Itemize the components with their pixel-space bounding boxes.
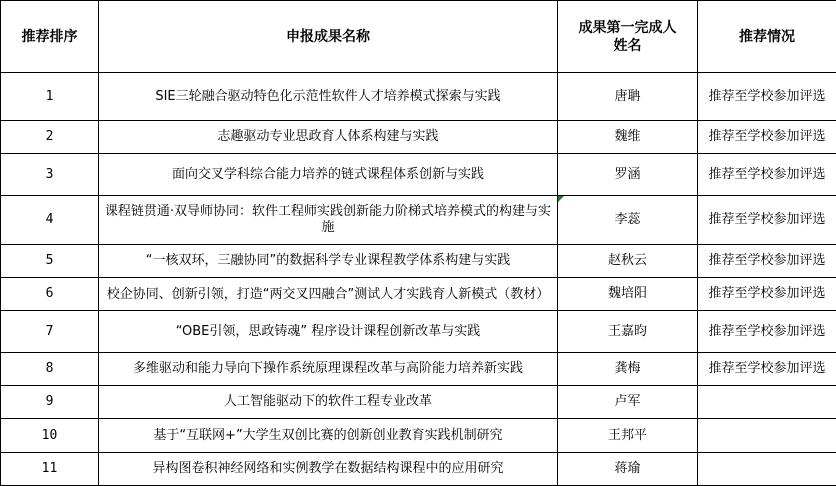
table-row: 4 课程链贯通·双导师协同：软件工程师实践创新能力阶梯式培养模式的构建与实施 李… (1, 196, 836, 245)
table-row: 10 基于“互联网+”大学生双创比赛的创新创业教育实践机制研究 王邦平 (1, 419, 836, 453)
status-cell[interactable]: 推荐至学校参加评选 (698, 121, 836, 154)
title-cell[interactable]: 人工智能驱动下的软件工程专业改革 (99, 386, 558, 419)
rank-cell[interactable]: 6 (1, 278, 99, 311)
status-cell[interactable] (698, 453, 836, 486)
table-row: 11 异构图卷积神经网络和实例教学在数据结构课程中的应用研究 蒋瑜 (1, 453, 836, 486)
person-cell[interactable]: 唐聃 (558, 73, 698, 121)
rank-cell[interactable]: 10 (1, 419, 99, 453)
rank-cell[interactable]: 9 (1, 386, 99, 419)
table-row: 1 SIE三轮融合驱动特色化示范性软件人才培养模式探索与实践 唐聃 推荐至学校参… (1, 73, 836, 121)
title-cell[interactable]: 异构图卷积神经网络和实例教学在数据结构课程中的应用研究 (99, 453, 558, 486)
status-cell[interactable]: 推荐至学校参加评选 (698, 73, 836, 121)
person-cell[interactable]: 蒋瑜 (558, 453, 698, 486)
table-row: 2 志趣驱动专业思政育人体系构建与实践 魏维 推荐至学校参加评选 (1, 121, 836, 154)
table-row: 5 “一核双环，三融协同”的数据科学专业课程教学体系构建与实践 赵秋云 推荐至学… (1, 245, 836, 278)
rank-cell[interactable]: 8 (1, 353, 99, 386)
cell-comment-marker-icon (558, 196, 564, 202)
person-cell[interactable]: 卢军 (558, 386, 698, 419)
title-cell[interactable]: SIE三轮融合驱动特色化示范性软件人才培养模式探索与实践 (99, 73, 558, 121)
person-cell[interactable]: 王嘉昀 (558, 311, 698, 353)
title-cell[interactable]: “一核双环，三融协同”的数据科学专业课程教学体系构建与实践 (99, 245, 558, 278)
table-row: 9 人工智能驱动下的软件工程专业改革 卢军 (1, 386, 836, 419)
person-cell[interactable]: 罗涵 (558, 154, 698, 196)
header-status[interactable]: 推荐情况 (698, 1, 836, 73)
status-cell[interactable] (698, 419, 836, 453)
person-cell[interactable]: 李蕊 (558, 196, 698, 245)
table-row: 7 “OBE引领，思政铸魂” 程序设计课程创新改革与实践 王嘉昀 推荐至学校参加… (1, 311, 836, 353)
person-cell[interactable]: 魏维 (558, 121, 698, 154)
person-cell[interactable]: 魏培阳 (558, 278, 698, 311)
header-title[interactable]: 申报成果名称 (99, 1, 558, 73)
status-cell[interactable]: 推荐至学校参加评选 (698, 311, 836, 353)
header-rank[interactable]: 推荐排序 (1, 1, 99, 73)
status-cell[interactable]: 推荐至学校参加评选 (698, 353, 836, 386)
rank-cell[interactable]: 7 (1, 311, 99, 353)
title-cell[interactable]: 课程链贯通·双导师协同：软件工程师实践创新能力阶梯式培养模式的构建与实施 (99, 196, 558, 245)
rank-cell[interactable]: 2 (1, 121, 99, 154)
rank-cell[interactable]: 1 (1, 73, 99, 121)
rank-cell[interactable]: 11 (1, 453, 99, 486)
title-cell[interactable]: 面向交叉学科综合能力培养的链式课程体系创新与实践 (99, 154, 558, 196)
person-name: 李蕊 (614, 212, 640, 227)
status-cell[interactable]: 推荐至学校参加评选 (698, 278, 836, 311)
title-cell[interactable]: “OBE引领，思政铸魂” 程序设计课程创新改革与实践 (99, 311, 558, 353)
rank-cell[interactable]: 5 (1, 245, 99, 278)
recommendation-table: 推荐排序 申报成果名称 成果第一完成人姓名 推荐情况 1 SIE三轮融合驱动特色… (0, 0, 836, 486)
person-cell[interactable]: 龚梅 (558, 353, 698, 386)
title-cell[interactable]: 基于“互联网+”大学生双创比赛的创新创业教育实践机制研究 (99, 419, 558, 453)
rank-cell[interactable]: 4 (1, 196, 99, 245)
status-cell[interactable] (698, 386, 836, 419)
table-row: 6 校企协同、创新引领，打造“两交叉四融合”测试人才实践育人新模式（教材） 魏培… (1, 278, 836, 311)
title-cell[interactable]: 校企协同、创新引领，打造“两交叉四融合”测试人才实践育人新模式（教材） (99, 278, 558, 311)
title-cell[interactable]: 志趣驱动专业思政育人体系构建与实践 (99, 121, 558, 154)
person-cell[interactable]: 赵秋云 (558, 245, 698, 278)
header-person[interactable]: 成果第一完成人姓名 (558, 1, 698, 73)
status-cell[interactable]: 推荐至学校参加评选 (698, 245, 836, 278)
table-row: 3 面向交叉学科综合能力培养的链式课程体系创新与实践 罗涵 推荐至学校参加评选 (1, 154, 836, 196)
table-row: 8 多维驱动和能力导向下操作系统原理课程改革与高阶能力培养新实践 龚梅 推荐至学… (1, 353, 836, 386)
status-cell[interactable]: 推荐至学校参加评选 (698, 196, 836, 245)
rank-cell[interactable]: 3 (1, 154, 99, 196)
title-cell[interactable]: 多维驱动和能力导向下操作系统原理课程改革与高阶能力培养新实践 (99, 353, 558, 386)
header-row: 推荐排序 申报成果名称 成果第一完成人姓名 推荐情况 (1, 1, 836, 73)
status-cell[interactable]: 推荐至学校参加评选 (698, 154, 836, 196)
person-cell[interactable]: 王邦平 (558, 419, 698, 453)
